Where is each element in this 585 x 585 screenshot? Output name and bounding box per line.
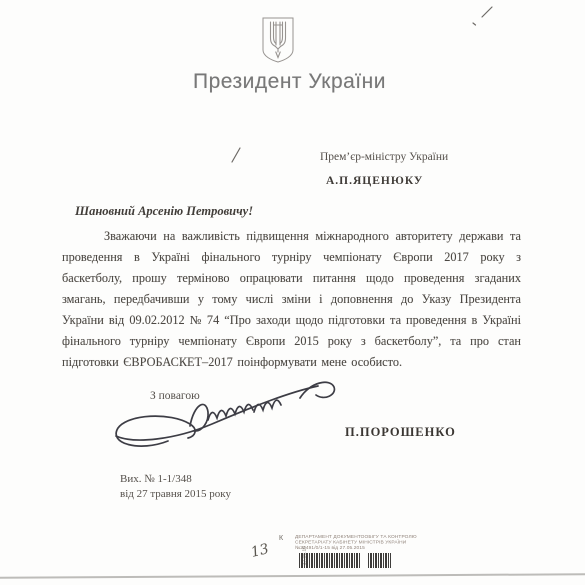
recipient-name: А.П.ЯЦЕНЮКУ [326,175,423,187]
handwritten-signature-icon [104,374,366,458]
barcode-group-1 [299,553,361,568]
reference-date: від 27 травня 2015 року [120,487,231,502]
pen-mark-icon [462,4,496,28]
stamp-line-3: №22491/0/1-15 від 27.05.2015 [295,545,448,550]
registration-stamp: ДЕПАРТАМЕНТ ДОКУМЕНТООБІГУ ТА КОНТРОЛЮ С… [295,534,451,576]
letter-body-paragraph: Зважаючи на важливість підвищення міжнар… [62,226,521,373]
letterhead-title: Президент України [0,70,579,94]
signer-name: П.ПОРОШЕНКО [345,425,456,440]
scan-edge-line [0,573,585,578]
reference-block: Вих. № 1-1/348 від 27 травня 2015 року [120,472,231,501]
handwritten-page-number: 13 [249,541,270,561]
recipient-position: Прем’єр-міністру України [320,151,448,163]
salutation-line: Шановний Арсенію Петровичу! [75,204,253,219]
margin-letter-mark: К [279,535,283,542]
pen-tick-icon [229,145,243,165]
ukraine-trident-emblem-icon [261,16,295,64]
barcode-group-2 [368,553,391,568]
reference-number: Вих. № 1-1/348 [120,472,231,487]
scanned-letter-page: Президент України Прем’єр-міністру Украї… [0,0,585,585]
registration-stamp-text: ДЕПАРТАМЕНТ ДОКУМЕНТООБІГУ ТА КОНТРОЛЮ С… [295,534,448,550]
